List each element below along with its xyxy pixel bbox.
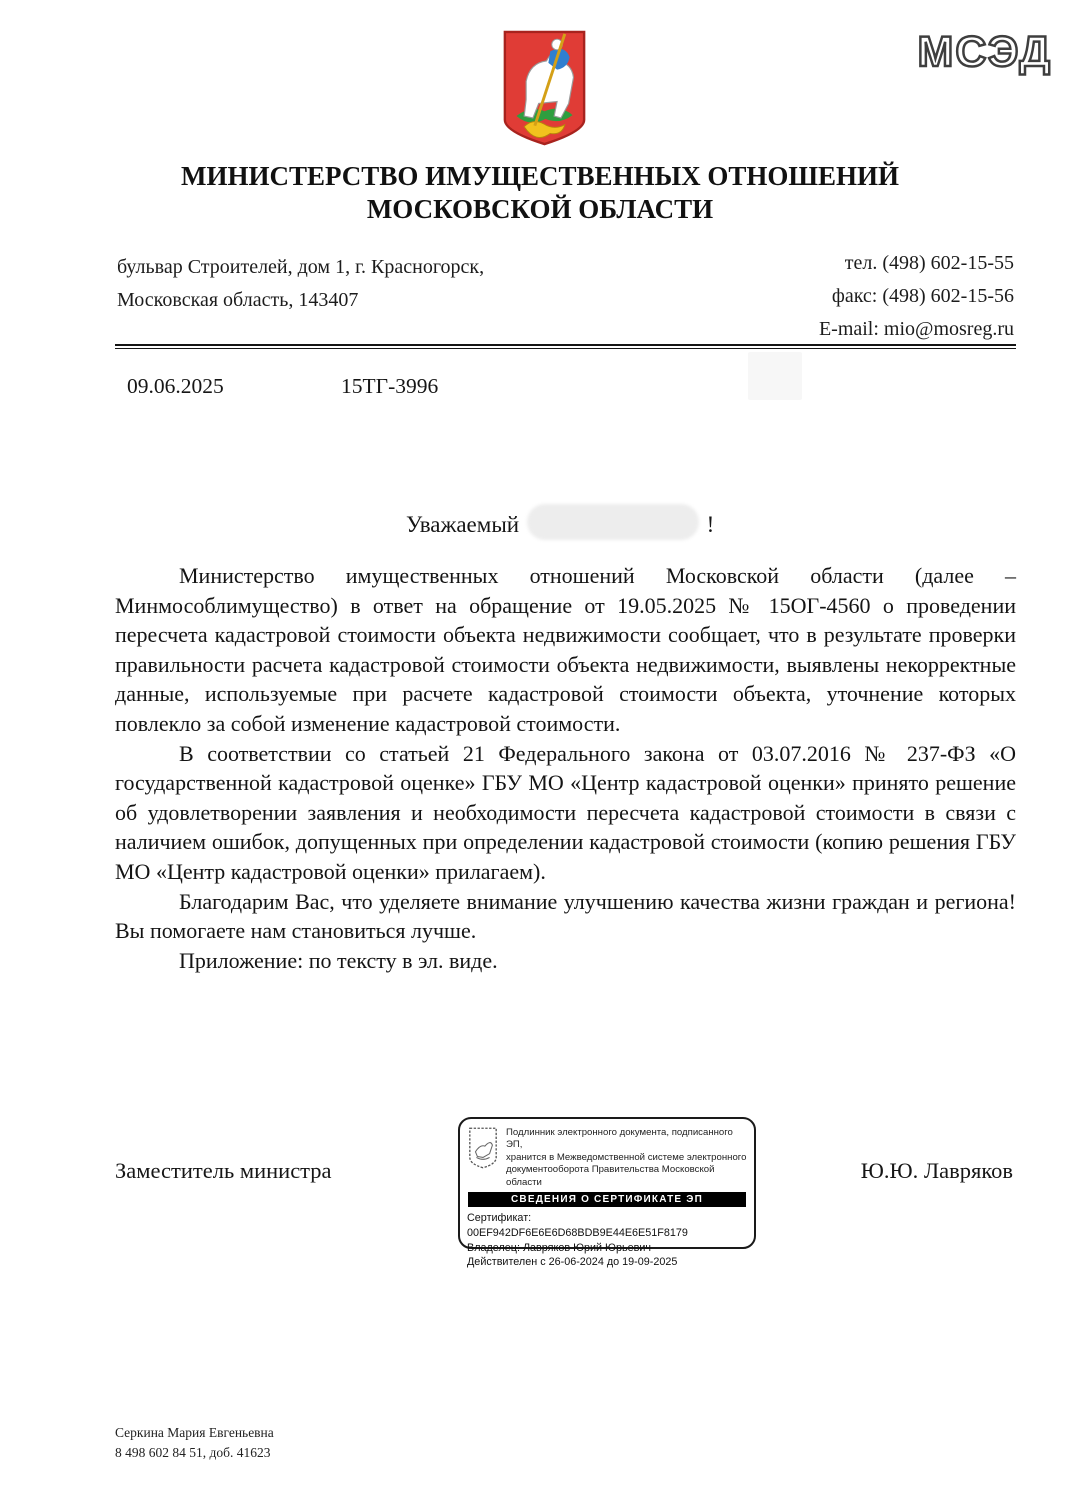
signer-name: Ю.Ю. Лавряков	[861, 1158, 1013, 1184]
attachment-line: Приложение: по тексту в эл. виде.	[115, 946, 1016, 976]
msed-logo: МСЭД	[918, 28, 1052, 77]
ministry-title-line1: МИНИСТЕРСТВО ИМУЩЕСТВЕННЫХ ОТНОШЕНИЙ	[0, 160, 1080, 193]
body-paragraph-2: В соответствии со статьей 21 Федеральног…	[115, 739, 1016, 887]
letter-body: Министерство имущественных отношений Мос…	[115, 561, 1016, 975]
stamp-description-line2: хранится в Межведомственной системе элек…	[506, 1152, 747, 1164]
stamp-certificate-bar: СВЕДЕНИЯ О СЕРТИФИКАТЕ ЭП	[468, 1192, 746, 1207]
coat-of-arms-icon	[501, 28, 588, 148]
greeting-prefix: Уважаемый	[406, 512, 519, 537]
stamp-certificate-number: Сертификат: 00EF942DF6E6E6D68BDB9E44E6E5…	[467, 1211, 747, 1241]
executor-info: Серкина Мария Евгеньевна 8 498 602 84 51…	[115, 1423, 274, 1463]
address-line2: Московская область, 143407	[117, 284, 484, 317]
email-line: E-mail: mio@mosreg.ru	[819, 313, 1014, 346]
ministry-title-line2: МОСКОВСКОЙ ОБЛАСТИ	[0, 193, 1080, 226]
executor-phone: 8 498 602 84 51, доб. 41623	[115, 1443, 274, 1463]
document-date: 09.06.2025	[127, 374, 224, 399]
greeting-line: Уважаемый !	[406, 504, 714, 540]
stamp-certificate-info: Сертификат: 00EF942DF6E6E6D68BDB9E44E6E5…	[467, 1211, 747, 1270]
signer-position: Заместитель министра	[115, 1158, 332, 1184]
e-signature-stamp: Подлинник электронного документа, подпис…	[458, 1117, 756, 1249]
stamp-description-line3: документооборота Правительства Московско…	[506, 1164, 747, 1189]
stamp-validity: Действителен с 26-06-2024 до 19-09-2025	[467, 1255, 747, 1270]
stamp-description: Подлинник электронного документа, подпис…	[506, 1125, 747, 1189]
stamp-owner: Владелец: Лавряков Юрий Юрьевич	[467, 1241, 747, 1256]
body-paragraph-3: Благодарим Вас, что уделяете внимание ул…	[115, 887, 1016, 946]
address-line1: бульвар Строителей, дом 1, г. Красногорс…	[117, 251, 484, 284]
greeting-suffix: !	[707, 512, 715, 537]
ministry-title: МИНИСТЕРСТВО ИМУЩЕСТВЕННЫХ ОТНОШЕНИЙ МОС…	[0, 160, 1080, 226]
executor-name: Серкина Мария Евгеньевна	[115, 1423, 274, 1443]
fax-line: факс: (498) 602-15-56	[819, 280, 1014, 313]
letterhead-divider	[115, 344, 1016, 349]
ministry-contacts: тел. (498) 602-15-55 факс: (498) 602-15-…	[819, 247, 1014, 346]
ministry-address: бульвар Строителей, дом 1, г. Красногорс…	[117, 251, 484, 316]
stamp-header: Подлинник электронного документа, подпис…	[467, 1125, 747, 1189]
stamp-description-line1: Подлинник электронного документа, подпис…	[506, 1127, 747, 1152]
document-number: 15ТГ-3996	[341, 374, 438, 399]
redacted-addressee-name	[527, 504, 699, 540]
letter-page: МСЭД МИНИСТЕРСТВО ИМУЩЕСТВЕННЫХ ОТНОШЕНИ…	[0, 0, 1080, 1498]
phone-line: тел. (498) 602-15-55	[819, 247, 1014, 280]
redaction-artifact	[748, 352, 802, 400]
body-paragraph-1: Министерство имущественных отношений Мос…	[115, 561, 1016, 739]
stamp-coat-of-arms-icon	[467, 1125, 499, 1175]
coat-of-arms-svg	[501, 28, 588, 148]
